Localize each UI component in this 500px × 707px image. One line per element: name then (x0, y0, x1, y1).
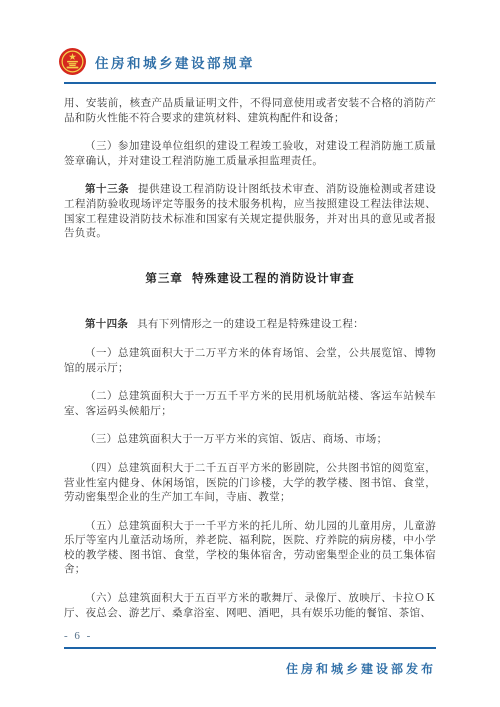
paragraph-text: （三）参加建设单位组织的建设工程竣工验收，对建设工程消防施工质量签章确认，并对建… (64, 141, 436, 167)
page-number: - 6 - (64, 630, 436, 642)
paragraph-text: （二）总建筑面积大于一万五千平方米的民用机场航站楼、客运车站候车室、客运码头候船… (64, 391, 436, 417)
paragraph: （五）总建筑面积大于一千平方米的托儿所、幼儿园的儿童用房，儿童游乐厅等室内儿童活… (64, 520, 436, 578)
paragraph: 第十四条具有下列情形之一的建设工程是特殊建设工程： (64, 318, 436, 333)
article-number-lead: 第十四条 (85, 319, 137, 330)
national-emblem-icon (59, 48, 86, 75)
document-page: 住房和城乡建设部规章 用、安装前，核查产品质量证明文件，不得同意使用或者安装不合… (0, 0, 500, 707)
paragraph-text: 用、安装前，核查产品质量证明文件，不得同意使用或者安装不合格的消防产品和防火性能… (64, 98, 436, 124)
document-header-title: 住房和城乡建设部规章 (95, 52, 255, 72)
paragraph-text: 特殊建设工程的消防设计审查 (192, 273, 355, 285)
document-footer: - 6 - 住房和城乡建设部发布 (64, 630, 436, 677)
paragraph: （一）总建筑面积大于二万平方米的体育场馆、会堂，公共展览馆、博物馆的展示厅； (64, 347, 436, 376)
paragraph-text: （三）总建筑面积大于一万平方米的宾馆、饭店、商场、市场； (85, 434, 387, 445)
paragraph: （四）总建筑面积大于二千五百平方米的影剧院，公共图书馆的阅览室，营业性室内健身、… (64, 462, 436, 506)
paragraph: （六）总建筑面积大于五百平方米的歌舞厅、录像厅、放映厅、卡拉ＯＫ厅、夜总会、游艺… (64, 592, 436, 621)
document-body: 用、安装前，核查产品质量证明文件，不得同意使用或者安装不合格的消防产品和防火性能… (64, 97, 436, 621)
paragraph-text: （五）总建筑面积大于一千平方米的托儿所、幼儿园的儿童用房，儿童游乐厅等室内儿童活… (64, 521, 436, 576)
paragraph-text: （四）总建筑面积大于二千五百平方米的影剧院，公共图书馆的阅览室，营业性室内健身、… (64, 463, 436, 503)
paragraph-text: 具有下列情形之一的建设工程是特殊建设工程： (137, 319, 364, 330)
publisher-line: 住房和城乡建设部发布 (64, 660, 436, 677)
document-header: 住房和城乡建设部规章 (59, 48, 436, 75)
paragraph: （三）参加建设单位组织的建设工程竣工验收，对建设工程消防施工质量签章确认，并对建… (64, 140, 436, 169)
article-number-lead: 第十三条 (85, 184, 138, 195)
content-column: 住房和城乡建设部规章 用、安装前，核查产品质量证明文件，不得同意使用或者安装不合… (64, 48, 436, 635)
chapter-heading: 第三章特殊建设工程的消防设计审查 (64, 272, 436, 287)
paragraph: 用、安装前，核查产品质量证明文件，不得同意使用或者安装不合格的消防产品和防火性能… (64, 97, 436, 126)
header-rule (64, 82, 436, 84)
paragraph: （二）总建筑面积大于一万五千平方米的民用机场航站楼、客运车站候车室、客运码头候船… (64, 390, 436, 419)
paragraph-text: （六）总建筑面积大于五百平方米的歌舞厅、录像厅、放映厅、卡拉ＯＫ厅、夜总会、游艺… (64, 593, 436, 619)
paragraph: 第十三条提供建设工程消防设计图纸技术审查、消防设施检测或者建设工程消防验收现场评… (64, 183, 436, 241)
paragraph-text: （一）总建筑面积大于二万平方米的体育场馆、会堂，公共展览馆、博物馆的展示厅； (64, 348, 436, 374)
paragraph: （三）总建筑面积大于一万平方米的宾馆、饭店、商场、市场； (64, 433, 436, 448)
footer-rule (64, 647, 436, 649)
article-number-lead: 第三章 (145, 273, 192, 285)
